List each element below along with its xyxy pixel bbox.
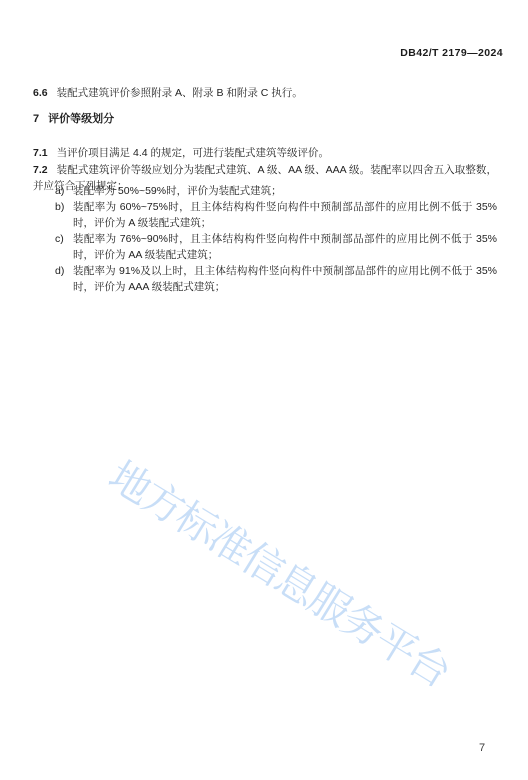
section-number: 7 [33, 113, 39, 125]
list-item-a: a)装配率为 50%~59%时，评价为装配式建筑； [33, 183, 497, 199]
clause-number: 7.2 [33, 164, 48, 176]
list-item-d: d)装配率为 91%及以上时，且主体结构构件竖向构件中预制部品部件的应用比例不低… [33, 263, 497, 295]
standard-document-page: DB42/T 2179—2024 地方标准信息服务平台 6.6装配式建筑评价参照… [0, 0, 528, 780]
list-item-c: c)装配率为 76%~90%时，且主体结构构件竖向构件中预制部品部件的应用比例不… [33, 231, 497, 263]
clause-text: 装配式建筑评价参照附录 A、附录 B 和附录 C 执行。 [57, 87, 303, 99]
item-label: c) [55, 231, 64, 247]
item-text: 装配率为 76%~90%时，且主体结构构件竖向构件中预制部品部件的应用比例不低于… [73, 233, 497, 261]
item-text: 装配率为 60%~75%时，且主体结构构件竖向构件中预制部品部件的应用比例不低于… [73, 201, 497, 229]
list-item-b: b)装配率为 60%~75%时，且主体结构构件竖向构件中预制部品部件的应用比例不… [33, 199, 497, 231]
item-text: 装配率为 50%~59%时，评价为装配式建筑； [73, 185, 282, 197]
clause-7-1: 7.1当评价项目满足 4.4 的规定，可进行装配式建筑等级评价。 [33, 145, 497, 161]
section-7-heading: 7评价等级划分 [33, 111, 114, 127]
clause-number: 6.6 [33, 87, 48, 99]
clause-number: 7.1 [33, 147, 48, 159]
item-text: 装配率为 91%及以上时，且主体结构构件竖向构件中预制部品部件的应用比例不低于 … [73, 265, 497, 293]
clause-text: 当评价项目满足 4.4 的规定，可进行装配式建筑等级评价。 [57, 147, 329, 159]
clause-6-6: 6.6装配式建筑评价参照附录 A、附录 B 和附录 C 执行。 [33, 85, 497, 101]
grading-criteria-list: a)装配率为 50%~59%时，评价为装配式建筑； b)装配率为 60%~75%… [33, 183, 497, 295]
item-label: a) [55, 183, 64, 199]
section-title: 评价等级划分 [48, 113, 114, 125]
standard-number-header: DB42/T 2179—2024 [400, 47, 503, 59]
item-label: d) [55, 263, 64, 279]
item-label: b) [55, 199, 64, 215]
page-number: 7 [479, 742, 485, 754]
watermark-text: 地方标准信息服务平台 [99, 444, 462, 698]
